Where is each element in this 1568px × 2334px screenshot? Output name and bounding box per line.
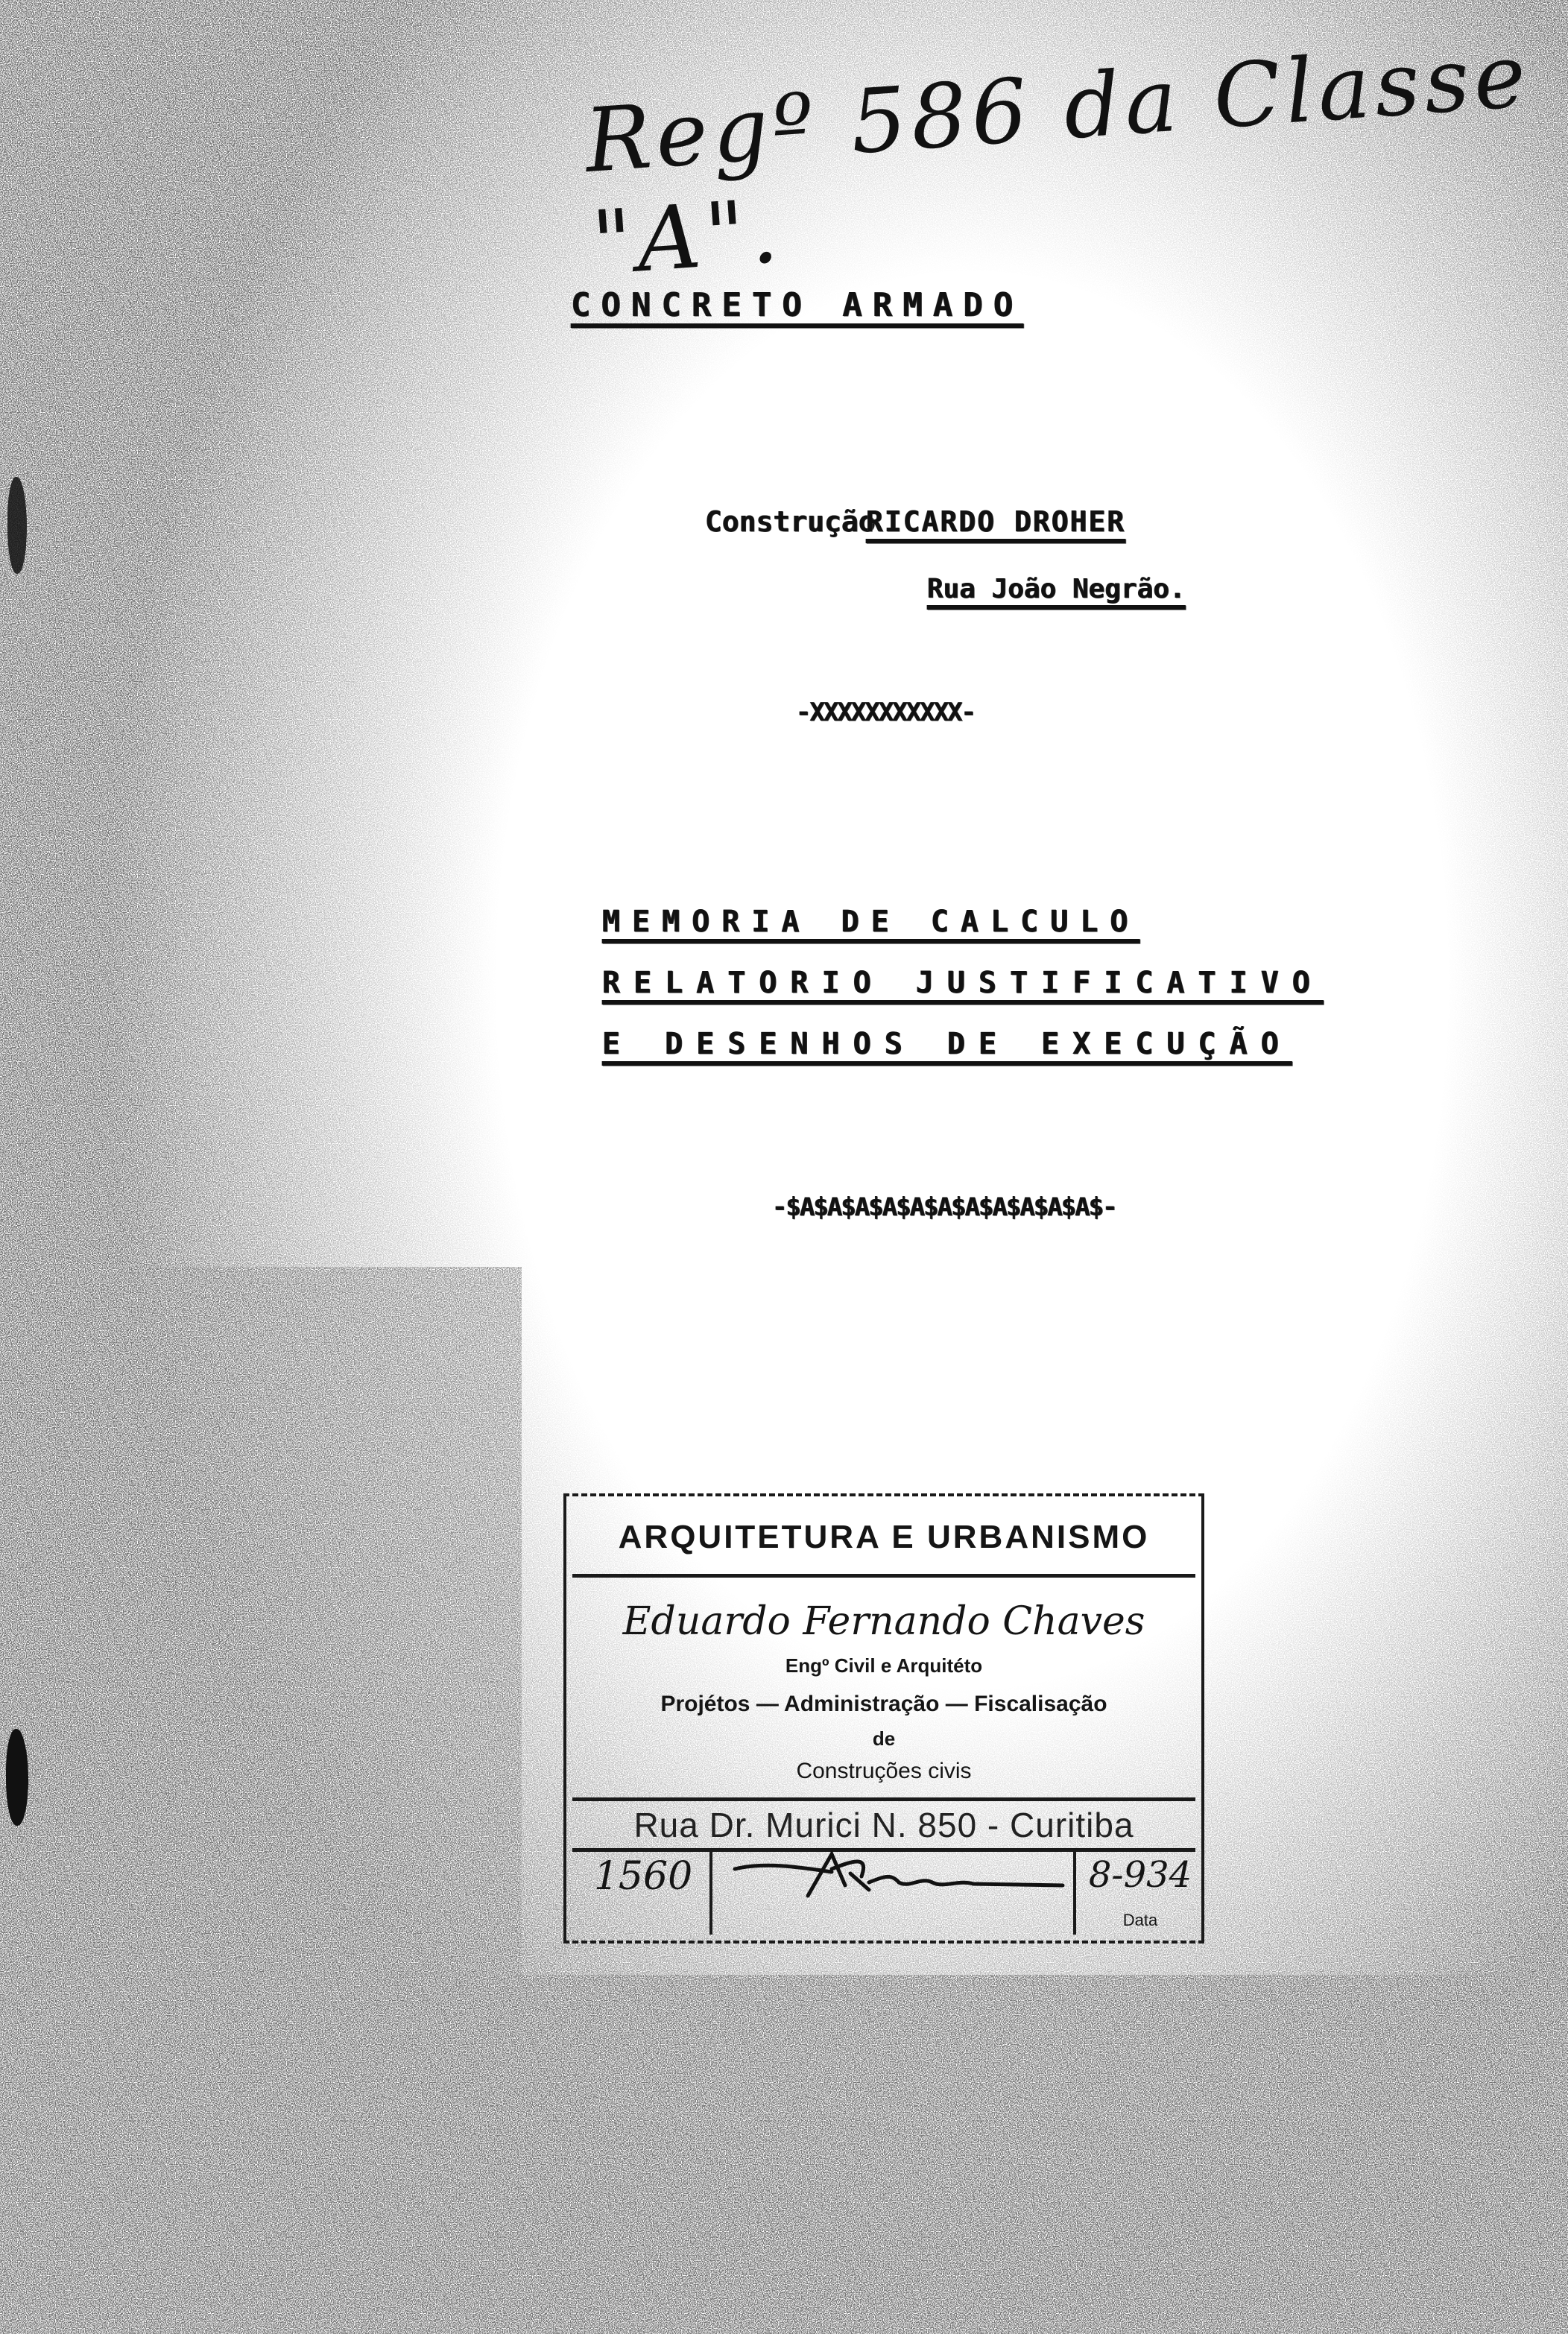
stamp-engineer-name: Eduardo Fernando Chaves — [566, 1599, 1201, 1644]
stamp-services: Projétos — Administração — Fiscalisação — [566, 1692, 1201, 1717]
subtitle-line: MEMORIA DE CALCULO — [602, 905, 1139, 939]
scanned-document-page: Regº 586 da Classe "A". CONCRETO ARMADO … — [0, 0, 1568, 2334]
stamp-profession: Engº Civil e Arquitéto — [566, 1654, 1201, 1677]
stamp-divider — [572, 1797, 1195, 1801]
stamp-date: 8-934 — [1081, 1854, 1200, 1896]
document-title: CONCRETO ARMADO — [571, 286, 1023, 324]
stamp-date-label: Data — [1081, 1911, 1200, 1930]
subtitle-line: E DESENHOS DE EXECUÇÃO — [602, 1027, 1292, 1061]
stamp-scope: Construções civis — [566, 1759, 1201, 1784]
handwritten-registration-note: Regº 586 da Classe "A". — [581, 22, 1568, 295]
separator-line: -$A$A$A$A$A$A$A$A$A$A$A$- — [772, 1192, 1116, 1222]
subtitle-line: RELATORIO JUSTIFICATIVO — [602, 966, 1324, 1000]
engineer-stamp: ARQUITETURA E URBANISMO Eduardo Fernando… — [563, 1493, 1204, 1944]
ink-blot — [7, 477, 27, 574]
construction-label: Construção — [705, 505, 876, 538]
construction-address: Rua João Negrão. — [927, 574, 1186, 604]
ink-blot — [6, 1729, 28, 1826]
stamp-divider — [1073, 1848, 1076, 1935]
stamp-address: Rua Dr. Murici N. 850 - Curitiba — [566, 1805, 1201, 1845]
separator-line: -XXXXXXXXXXX- — [796, 698, 975, 727]
stamp-connector: de — [566, 1727, 1201, 1750]
stamp-divider — [709, 1848, 712, 1935]
stamp-registration-number: 1560 — [580, 1854, 706, 1899]
stamp-divider — [572, 1574, 1195, 1578]
owner-name: RICARDO DROHER — [866, 505, 1125, 538]
signature-icon — [720, 1847, 1070, 1903]
stamp-header: ARQUITETURA E URBANISMO — [566, 1519, 1201, 1556]
